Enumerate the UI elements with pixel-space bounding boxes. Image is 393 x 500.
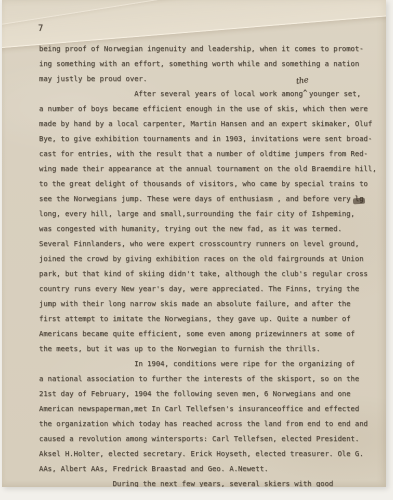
typed-line: being proof of Norwegian ingenuity and l… — [39, 41, 377, 56]
typed-line: was congested with humanity, trying out … — [39, 221, 377, 236]
typed-line: a national association to further the in… — [39, 371, 377, 386]
typed-line: the organization which today has reached… — [39, 416, 377, 431]
typed-line: long, every hill, large and small,surrou… — [39, 206, 377, 221]
typed-line: country runs every New year's day, were … — [39, 281, 377, 296]
typed-line: jump with their long narrow skis made an… — [39, 296, 377, 311]
typed-text: After several years of local work among — [39, 89, 303, 98]
overstrike-blot: lg — [355, 194, 364, 203]
typed-line: wing made their appearance at the annual… — [39, 161, 377, 176]
typed-line: Bye, to give exhibition tournaments and … — [39, 131, 377, 146]
typed-line: cast for entries, with the result that a… — [39, 146, 377, 161]
typed-line-with-insertion: After several years of local work amongt… — [39, 86, 377, 101]
typed-line: joined the crowd by giving exhibition ra… — [39, 251, 377, 266]
typed-text: younger set, — [309, 89, 361, 98]
typed-line: Aksel H.Holter, elected secretary. Erick… — [39, 446, 377, 461]
typed-line: to the great delight of thousands of vis… — [39, 176, 377, 191]
typed-line: 21st day of February, 1904 the following… — [39, 386, 377, 401]
page-number: 7 — [38, 24, 43, 34]
typed-line: In 1904, conditions were ripe for the or… — [39, 356, 377, 371]
typed-line: first attempt to imitate the Norwegians,… — [39, 311, 377, 326]
typed-line: Several Finnlanders, who were expert cro… — [39, 236, 377, 251]
typed-line: ing something with an effort, something … — [39, 56, 377, 71]
typed-line: American newspaperman,met In Carl Tellef… — [39, 401, 377, 416]
typed-line: a number of boys became efficient enough… — [39, 101, 377, 116]
typed-text-block: being proof of Norwegian ingenuity and l… — [39, 41, 377, 487]
typed-line: Americans became quite efficient, some e… — [39, 326, 377, 341]
typed-line: park, but that kind of skiing didn't tak… — [39, 266, 377, 281]
typed-line-with-overstrike: see the Norwegians jump. These were days… — [39, 191, 377, 206]
typed-line: caused a revolution among wintersports: … — [39, 431, 377, 446]
paper-sheet: 7 being proof of Norwegian ingenuity and… — [2, 0, 386, 487]
typed-line: During the next few years, several skier… — [39, 476, 377, 487]
typed-line: made by hand by a local carpenter, Marti… — [39, 116, 377, 131]
typed-line: the meets, but it was up to the Norwegia… — [39, 341, 377, 356]
typed-line: AAs, Albert AAs, Fredrick Braastad and G… — [39, 461, 377, 476]
typed-line: may justly be proud over. — [39, 71, 377, 86]
typed-text: see the Norwegians jump. These were days… — [39, 194, 355, 203]
caret-mark: ^ — [303, 86, 307, 101]
